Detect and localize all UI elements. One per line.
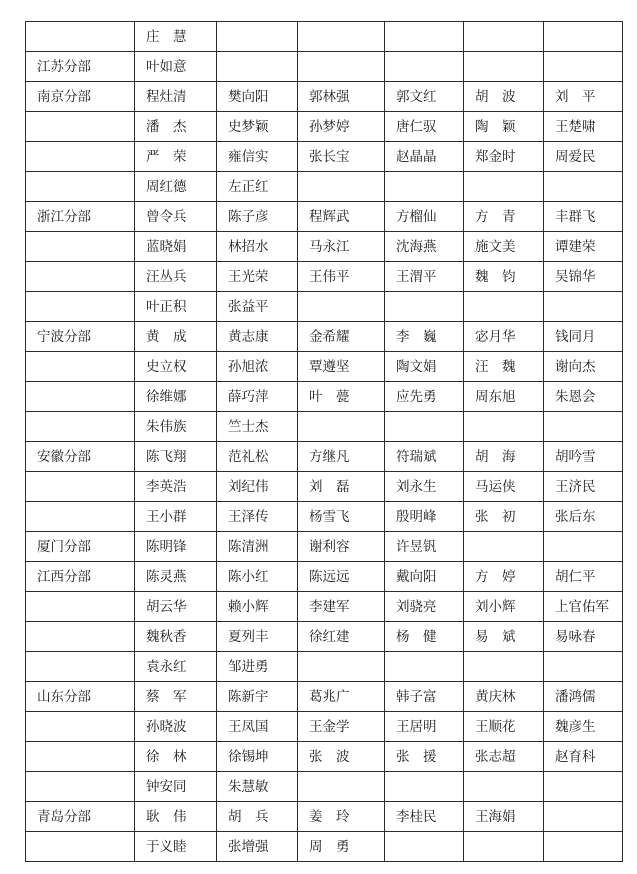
name-cell: 徐锡坤 bbox=[217, 742, 298, 772]
name-cell bbox=[544, 652, 623, 682]
name-cell: 庄 慧 bbox=[135, 22, 217, 52]
name-cell: 韩子富 bbox=[385, 682, 464, 712]
name-cell: 徐红建 bbox=[298, 622, 385, 652]
name-cell: 孙梦婷 bbox=[298, 112, 385, 142]
name-cell bbox=[298, 772, 385, 802]
name-cell: 黄庆林 bbox=[464, 682, 544, 712]
name-cell: 程辉武 bbox=[298, 202, 385, 232]
table-row: 王小群王泽传杨雪飞殷明峰张 初张后东 bbox=[26, 502, 623, 532]
name-cell bbox=[464, 652, 544, 682]
branch-cell bbox=[26, 382, 135, 412]
name-cell: 王楚啸 bbox=[544, 112, 623, 142]
name-cell: 马运侠 bbox=[464, 472, 544, 502]
name-cell: 王顺花 bbox=[464, 712, 544, 742]
name-cell: 丰群飞 bbox=[544, 202, 623, 232]
table-row: 山东分部蔡 军陈新宇葛兆广韩子富黄庆林潘鸿儒 bbox=[26, 682, 623, 712]
name-cell bbox=[385, 832, 464, 862]
table-row: 孙晓波王凤国王金学王居明王顺花魏彦生 bbox=[26, 712, 623, 742]
name-cell: 汪丛兵 bbox=[135, 262, 217, 292]
name-cell bbox=[464, 292, 544, 322]
name-cell: 马永江 bbox=[298, 232, 385, 262]
name-cell: 李英浩 bbox=[135, 472, 217, 502]
branch-cell bbox=[26, 742, 135, 772]
name-cell bbox=[464, 772, 544, 802]
table-row: 朱伟族竺士杰 bbox=[26, 412, 623, 442]
name-cell: 方 青 bbox=[464, 202, 544, 232]
name-cell: 张 初 bbox=[464, 502, 544, 532]
name-cell: 徐 林 bbox=[135, 742, 217, 772]
name-cell: 符瑞斌 bbox=[385, 442, 464, 472]
name-cell: 杨 健 bbox=[385, 622, 464, 652]
name-cell: 唐仁驭 bbox=[385, 112, 464, 142]
table-row: 史立权孙旭浓覃遵坚陶文娟汪 魏谢向杰 bbox=[26, 352, 623, 382]
table-row: 魏秋香夏列丰徐红建杨 健易 斌易咏春 bbox=[26, 622, 623, 652]
name-cell bbox=[217, 22, 298, 52]
name-cell: 胡云华 bbox=[135, 592, 217, 622]
branch-cell bbox=[26, 502, 135, 532]
name-cell: 夏列丰 bbox=[217, 622, 298, 652]
name-cell: 徐维娜 bbox=[135, 382, 217, 412]
name-cell: 郭林强 bbox=[298, 82, 385, 112]
name-cell: 蓝晓娟 bbox=[135, 232, 217, 262]
name-cell: 刘 平 bbox=[544, 82, 623, 112]
name-cell bbox=[385, 652, 464, 682]
name-cell: 胡 兵 bbox=[217, 802, 298, 832]
name-cell: 施文美 bbox=[464, 232, 544, 262]
table-row: 安徽分部陈飞翔范礼松方继凡符瑞斌胡 海胡吟雪 bbox=[26, 442, 623, 472]
name-cell: 吴锦华 bbox=[544, 262, 623, 292]
table-row: 南京分部程灶清樊向阳郭林强郭文红胡 波刘 平 bbox=[26, 82, 623, 112]
name-cell bbox=[385, 172, 464, 202]
table-row: 胡云华赖小辉李建军刘骁亮刘小辉上官佑军 bbox=[26, 592, 623, 622]
table-row: 钟安同朱慧敏 bbox=[26, 772, 623, 802]
name-cell bbox=[544, 22, 623, 52]
name-cell: 戴向阳 bbox=[385, 562, 464, 592]
branch-cell: 青岛分部 bbox=[26, 802, 135, 832]
branch-cell bbox=[26, 412, 135, 442]
name-cell: 易咏春 bbox=[544, 622, 623, 652]
name-cell: 薛巧萍 bbox=[217, 382, 298, 412]
name-cell: 史梦颖 bbox=[217, 112, 298, 142]
branch-cell: 浙江分部 bbox=[26, 202, 135, 232]
name-cell: 张增强 bbox=[217, 832, 298, 862]
name-cell: 赵晶晶 bbox=[385, 142, 464, 172]
name-cell: 邹进勇 bbox=[217, 652, 298, 682]
name-cell: 谢利容 bbox=[298, 532, 385, 562]
branch-cell bbox=[26, 832, 135, 862]
name-cell: 胡吟雪 bbox=[544, 442, 623, 472]
table-row: 严 荣雍信实张长宝赵晶晶郑金时周爱民 bbox=[26, 142, 623, 172]
name-cell: 张后东 bbox=[544, 502, 623, 532]
name-cell: 陈小红 bbox=[217, 562, 298, 592]
name-cell: 刘 磊 bbox=[298, 472, 385, 502]
branch-cell bbox=[26, 712, 135, 742]
name-cell bbox=[385, 52, 464, 82]
name-cell: 郑金时 bbox=[464, 142, 544, 172]
name-cell: 黄志康 bbox=[217, 322, 298, 352]
name-cell: 方 婷 bbox=[464, 562, 544, 592]
name-cell bbox=[385, 22, 464, 52]
table-row: 宁波分部黄 成黄志康金希耀李 巍宓月华钱同月 bbox=[26, 322, 623, 352]
name-cell: 姜 玲 bbox=[298, 802, 385, 832]
name-cell: 王济民 bbox=[544, 472, 623, 502]
branch-cell: 安徽分部 bbox=[26, 442, 135, 472]
branch-cell bbox=[26, 22, 135, 52]
table-row: 袁永红邹进勇 bbox=[26, 652, 623, 682]
name-cell: 王居明 bbox=[385, 712, 464, 742]
name-cell: 耿 伟 bbox=[135, 802, 217, 832]
table-row: 浙江分部曾令兵陈子彦程辉武方榴仙方 青丰群飞 bbox=[26, 202, 623, 232]
name-cell: 叶如意 bbox=[135, 52, 217, 82]
table-row: 蓝晓娟林招水马永江沈海燕施文美谭建荣 bbox=[26, 232, 623, 262]
name-cell: 李桂民 bbox=[385, 802, 464, 832]
branch-cell: 江西分部 bbox=[26, 562, 135, 592]
name-cell: 王小群 bbox=[135, 502, 217, 532]
name-cell: 周东旭 bbox=[464, 382, 544, 412]
name-cell: 陈新宇 bbox=[217, 682, 298, 712]
name-cell bbox=[464, 22, 544, 52]
name-cell: 范礼松 bbox=[217, 442, 298, 472]
name-cell: 刘永生 bbox=[385, 472, 464, 502]
name-cell bbox=[298, 652, 385, 682]
branch-cell bbox=[26, 262, 135, 292]
branch-cell bbox=[26, 472, 135, 502]
name-cell: 陈灵燕 bbox=[135, 562, 217, 592]
name-cell bbox=[385, 772, 464, 802]
table-row: 庄 慧 bbox=[26, 22, 623, 52]
name-cell: 孙晓波 bbox=[135, 712, 217, 742]
name-cell: 易 斌 bbox=[464, 622, 544, 652]
name-cell: 张 波 bbox=[298, 742, 385, 772]
name-cell: 上官佑军 bbox=[544, 592, 623, 622]
name-cell: 王凤国 bbox=[217, 712, 298, 742]
name-cell: 张志超 bbox=[464, 742, 544, 772]
name-cell: 叶正积 bbox=[135, 292, 217, 322]
name-cell: 朱慧敏 bbox=[217, 772, 298, 802]
name-cell: 覃遵坚 bbox=[298, 352, 385, 382]
name-cell: 陶 颖 bbox=[464, 112, 544, 142]
table-row: 潘 杰史梦颖孙梦婷唐仁驭陶 颖王楚啸 bbox=[26, 112, 623, 142]
roster-document: 庄 慧江苏分部叶如意南京分部程灶清樊向阳郭林强郭文红胡 波刘 平潘 杰史梦颖孙梦… bbox=[25, 21, 623, 862]
name-cell: 李 巍 bbox=[385, 322, 464, 352]
name-cell: 潘鸿儒 bbox=[544, 682, 623, 712]
name-cell bbox=[217, 52, 298, 82]
name-cell: 刘骁亮 bbox=[385, 592, 464, 622]
name-cell bbox=[544, 802, 623, 832]
name-cell: 陈明锋 bbox=[135, 532, 217, 562]
name-cell bbox=[464, 52, 544, 82]
name-cell: 胡 波 bbox=[464, 82, 544, 112]
name-cell bbox=[464, 412, 544, 442]
table-row: 李英浩刘纪伟刘 磊刘永生马运侠王济民 bbox=[26, 472, 623, 502]
branch-cell bbox=[26, 112, 135, 142]
name-cell bbox=[544, 832, 623, 862]
name-cell bbox=[544, 172, 623, 202]
table-row: 周红德左正红 bbox=[26, 172, 623, 202]
name-cell: 钟安同 bbox=[135, 772, 217, 802]
branch-cell bbox=[26, 772, 135, 802]
table-row: 青岛分部耿 伟胡 兵姜 玲李桂民王海娟 bbox=[26, 802, 623, 832]
name-cell: 魏彦生 bbox=[544, 712, 623, 742]
name-cell bbox=[544, 772, 623, 802]
name-cell: 李建军 bbox=[298, 592, 385, 622]
name-cell: 许昱钒 bbox=[385, 532, 464, 562]
name-cell: 胡仁平 bbox=[544, 562, 623, 592]
branch-cell bbox=[26, 142, 135, 172]
name-cell: 谭建荣 bbox=[544, 232, 623, 262]
name-cell: 谢向杰 bbox=[544, 352, 623, 382]
branch-cell bbox=[26, 352, 135, 382]
name-cell: 程灶清 bbox=[135, 82, 217, 112]
table-row: 叶正积张益平 bbox=[26, 292, 623, 322]
name-cell bbox=[544, 532, 623, 562]
name-cell: 周红德 bbox=[135, 172, 217, 202]
name-cell bbox=[544, 292, 623, 322]
name-cell: 袁永红 bbox=[135, 652, 217, 682]
roster-table: 庄 慧江苏分部叶如意南京分部程灶清樊向阳郭林强郭文红胡 波刘 平潘 杰史梦颖孙梦… bbox=[25, 21, 623, 862]
name-cell: 周爱民 bbox=[544, 142, 623, 172]
name-cell: 杨雪飞 bbox=[298, 502, 385, 532]
name-cell bbox=[298, 292, 385, 322]
name-cell: 陈飞翔 bbox=[135, 442, 217, 472]
name-cell: 刘纪伟 bbox=[217, 472, 298, 502]
table-row: 汪丛兵王光荣王伟平王渭平魏 钧吴锦华 bbox=[26, 262, 623, 292]
name-cell bbox=[298, 172, 385, 202]
table-row: 江西分部陈灵燕陈小红陈远远戴向阳方 婷胡仁平 bbox=[26, 562, 623, 592]
name-cell: 陶文娟 bbox=[385, 352, 464, 382]
branch-cell bbox=[26, 292, 135, 322]
name-cell: 王光荣 bbox=[217, 262, 298, 292]
branch-cell bbox=[26, 592, 135, 622]
name-cell: 刘小辉 bbox=[464, 592, 544, 622]
name-cell: 宓月华 bbox=[464, 322, 544, 352]
name-cell: 左正红 bbox=[217, 172, 298, 202]
name-cell: 叶 甍 bbox=[298, 382, 385, 412]
branch-cell: 江苏分部 bbox=[26, 52, 135, 82]
name-cell: 张益平 bbox=[217, 292, 298, 322]
name-cell: 王海娟 bbox=[464, 802, 544, 832]
name-cell: 严 荣 bbox=[135, 142, 217, 172]
name-cell: 曾令兵 bbox=[135, 202, 217, 232]
name-cell: 陈清洲 bbox=[217, 532, 298, 562]
name-cell bbox=[385, 292, 464, 322]
branch-cell: 厦门分部 bbox=[26, 532, 135, 562]
name-cell: 郭文红 bbox=[385, 82, 464, 112]
table-row: 徐维娜薛巧萍叶 甍应先勇周东旭朱恩会 bbox=[26, 382, 623, 412]
name-cell: 殷明峰 bbox=[385, 502, 464, 532]
table-row: 江苏分部叶如意 bbox=[26, 52, 623, 82]
name-cell: 陈子彦 bbox=[217, 202, 298, 232]
name-cell bbox=[298, 22, 385, 52]
table-row: 厦门分部陈明锋陈清洲谢利容许昱钒 bbox=[26, 532, 623, 562]
name-cell: 汪 魏 bbox=[464, 352, 544, 382]
name-cell: 樊向阳 bbox=[217, 82, 298, 112]
table-row: 徐 林徐锡坤张 波张 援张志超赵育科 bbox=[26, 742, 623, 772]
name-cell: 孙旭浓 bbox=[217, 352, 298, 382]
name-cell: 史立权 bbox=[135, 352, 217, 382]
name-cell: 蔡 军 bbox=[135, 682, 217, 712]
name-cell: 雍信实 bbox=[217, 142, 298, 172]
name-cell bbox=[298, 412, 385, 442]
name-cell bbox=[385, 412, 464, 442]
roster-table-body: 庄 慧江苏分部叶如意南京分部程灶清樊向阳郭林强郭文红胡 波刘 平潘 杰史梦颖孙梦… bbox=[26, 22, 623, 862]
branch-cell bbox=[26, 652, 135, 682]
name-cell: 方继凡 bbox=[298, 442, 385, 472]
branch-cell bbox=[26, 172, 135, 202]
name-cell: 张 援 bbox=[385, 742, 464, 772]
branch-cell: 南京分部 bbox=[26, 82, 135, 112]
name-cell: 沈海燕 bbox=[385, 232, 464, 262]
name-cell: 周 勇 bbox=[298, 832, 385, 862]
name-cell: 应先勇 bbox=[385, 382, 464, 412]
name-cell: 金希耀 bbox=[298, 322, 385, 352]
name-cell bbox=[464, 832, 544, 862]
name-cell: 赖小辉 bbox=[217, 592, 298, 622]
name-cell: 朱恩会 bbox=[544, 382, 623, 412]
name-cell: 王渭平 bbox=[385, 262, 464, 292]
name-cell: 王伟平 bbox=[298, 262, 385, 292]
name-cell bbox=[544, 52, 623, 82]
branch-cell: 宁波分部 bbox=[26, 322, 135, 352]
name-cell: 黄 成 bbox=[135, 322, 217, 352]
name-cell: 朱伟族 bbox=[135, 412, 217, 442]
name-cell bbox=[464, 532, 544, 562]
name-cell: 方榴仙 bbox=[385, 202, 464, 232]
branch-cell: 山东分部 bbox=[26, 682, 135, 712]
name-cell: 王金学 bbox=[298, 712, 385, 742]
name-cell: 林招水 bbox=[217, 232, 298, 262]
branch-cell bbox=[26, 622, 135, 652]
name-cell: 葛兆广 bbox=[298, 682, 385, 712]
name-cell: 竺士杰 bbox=[217, 412, 298, 442]
name-cell bbox=[464, 172, 544, 202]
name-cell: 张长宝 bbox=[298, 142, 385, 172]
name-cell: 魏 钧 bbox=[464, 262, 544, 292]
page: { "table": { "rows": [ ["", "庄 慧", "", "… bbox=[0, 0, 637, 874]
name-cell: 王泽传 bbox=[217, 502, 298, 532]
branch-cell bbox=[26, 232, 135, 262]
name-cell: 于义睦 bbox=[135, 832, 217, 862]
name-cell: 钱同月 bbox=[544, 322, 623, 352]
name-cell: 陈远远 bbox=[298, 562, 385, 592]
name-cell bbox=[298, 52, 385, 82]
name-cell: 赵育科 bbox=[544, 742, 623, 772]
name-cell: 胡 海 bbox=[464, 442, 544, 472]
name-cell bbox=[544, 412, 623, 442]
table-row: 于义睦张增强周 勇 bbox=[26, 832, 623, 862]
name-cell: 潘 杰 bbox=[135, 112, 217, 142]
name-cell: 魏秋香 bbox=[135, 622, 217, 652]
